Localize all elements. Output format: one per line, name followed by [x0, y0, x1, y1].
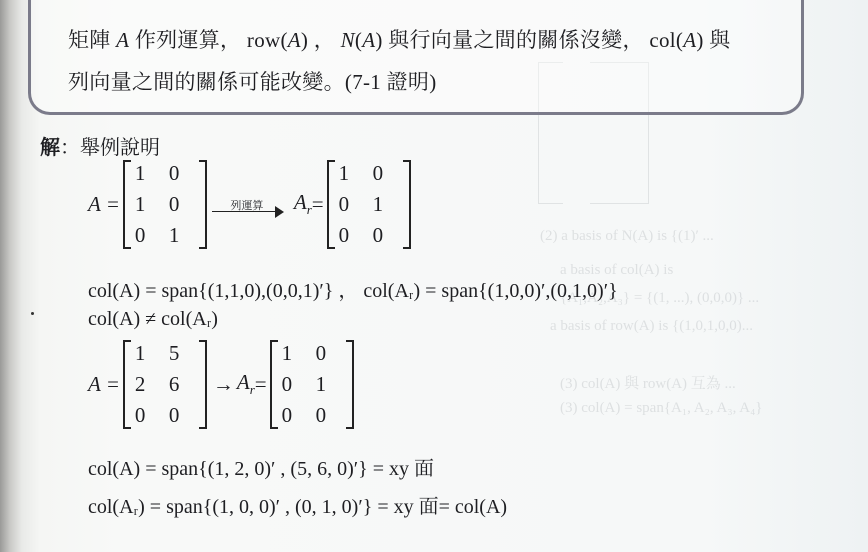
- example2-equation: A = 152600 → Ar = 100100: [88, 338, 357, 431]
- matrix-A: 152600: [123, 338, 207, 431]
- colspace-A-line: col(A) = span{(1, 2, 0)′ , (5, 6, 0)′} =…: [88, 452, 434, 481]
- matrix-A-label: A =: [88, 372, 120, 397]
- theorem-line-1: 矩陣 A 作列運算， row(A) ， N(A) 與行向量之間的關係沒變， co…: [68, 24, 730, 54]
- matrix-entry: 2: [131, 369, 165, 400]
- solution-title: 舉例說明: [80, 137, 160, 159]
- matrix-entry: 1: [335, 158, 369, 189]
- ghost-text: (3) col(A) = span{A₁, A₂, A₃, A₄}: [560, 400, 763, 417]
- matrix-A: 101001: [123, 158, 207, 251]
- matrix-entry: 1: [312, 369, 346, 400]
- matrix-entry: 1: [369, 189, 403, 220]
- row-operation-arrow: 列運算: [212, 197, 282, 213]
- matrix-entry: 0: [312, 400, 346, 431]
- arrow-icon: [212, 211, 282, 213]
- matrix-entry: 0: [369, 158, 403, 189]
- scanned-page: (2) a basis of N(A) is {(1)′ ... a basis…: [0, 0, 868, 552]
- matrix-entry: 0: [278, 400, 312, 431]
- margin-dot: [31, 312, 34, 315]
- solution-colon: ：: [60, 137, 80, 159]
- matrix-A-label: A =: [88, 192, 120, 217]
- matrix-entry: 0: [369, 220, 403, 251]
- matrix-Ar: 100100: [327, 158, 411, 251]
- colspace-Ar-line: col(Aᵣ) = span{(1, 0, 0)′ , (0, 1, 0)′} …: [88, 490, 507, 519]
- matrix-entry: 1: [131, 189, 165, 220]
- ghost-text: (2) a basis of N(A) is {(1)′ ...: [540, 228, 714, 245]
- matrix-entry: 6: [165, 369, 199, 400]
- matrix-entry: 0: [165, 158, 199, 189]
- matrix-entry: 0: [335, 220, 369, 251]
- ghost-text: (3) col(A) 與 row(A) 互為 ...: [560, 372, 736, 393]
- matrix-entry: 0: [335, 189, 369, 220]
- matrix-entry: 0: [312, 338, 346, 369]
- matrix-entry: 1: [131, 158, 165, 189]
- colspace-neq-line: col(A) ≠ col(Aᵣ): [88, 308, 218, 331]
- solution-label: 解: [40, 137, 60, 159]
- theorem-box: [28, 0, 804, 115]
- matrix-entry: 1: [131, 338, 165, 369]
- arrow-icon: →: [213, 372, 234, 397]
- colspace-line-1: col(A) = span{(1,1,0),(0,0,1)′} ， col(Aᵣ…: [88, 274, 618, 303]
- matrix-entry: 1: [278, 338, 312, 369]
- matrix-entry: 0: [165, 189, 199, 220]
- matrix-Ar-label: Ar: [237, 370, 255, 398]
- matrix-entry: 0: [131, 400, 165, 431]
- matrix-entry: 0: [131, 220, 165, 251]
- equals-sign: =: [255, 372, 267, 397]
- matrix-Ar-label: Ar: [294, 190, 312, 218]
- equals-sign: =: [312, 192, 324, 217]
- matrix-entry: 5: [165, 338, 199, 369]
- theorem-line-2: 列向量之間的關係可能改變。(7-1 證明): [68, 66, 437, 96]
- ghost-text: a basis of row(A) is {(1,0,1,0,0)...: [550, 318, 753, 335]
- matrix-entry: 0: [165, 400, 199, 431]
- matrix-entry: 1: [165, 220, 199, 251]
- example1-equation: A = 101001 列運算 Ar = 100100: [88, 158, 414, 251]
- solution-heading: 解：舉例說明: [40, 131, 160, 160]
- matrix-Ar: 100100: [270, 338, 354, 431]
- matrix-entry: 0: [278, 369, 312, 400]
